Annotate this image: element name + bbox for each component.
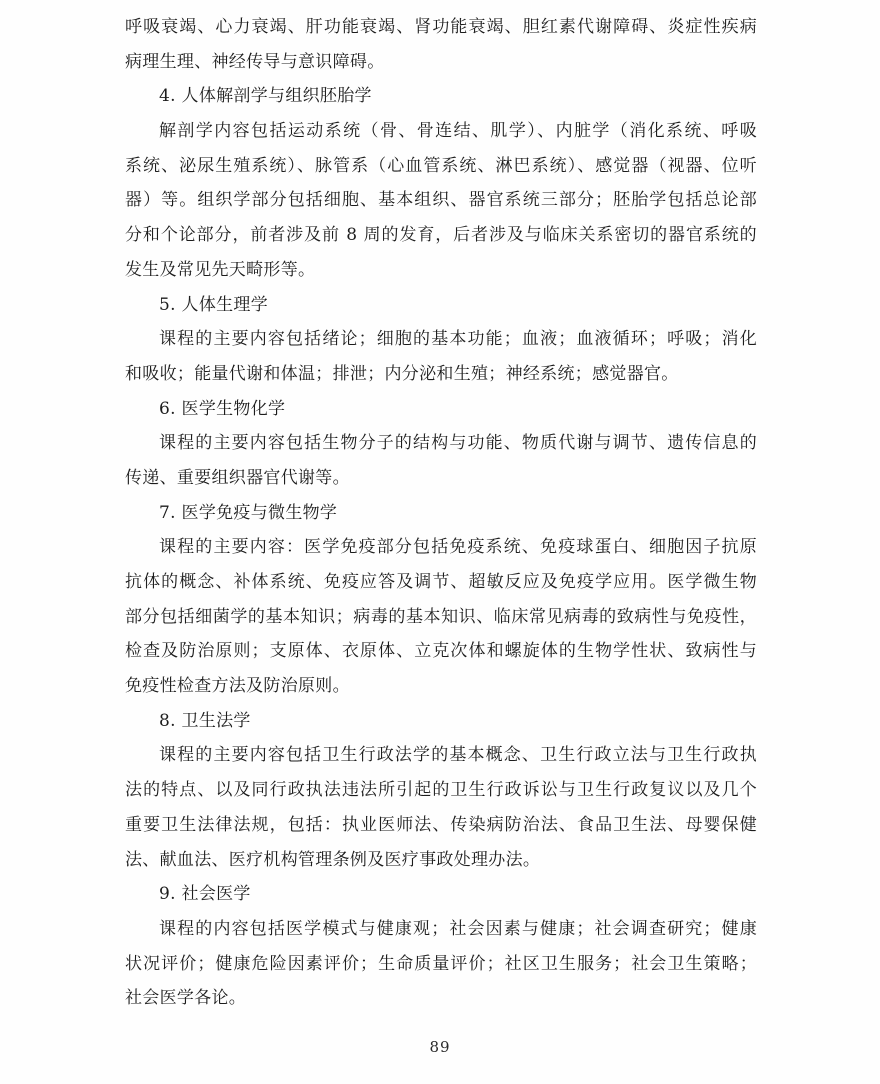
text-line: 6. 医学生物化学 xyxy=(125,392,757,427)
text-line: 分和个论部分，前者涉及前 8 周的发育，后者涉及与临床关系密切的器官系统的 xyxy=(125,218,757,253)
text-line: 呼吸衰竭、心力衰竭、肝功能衰竭、肾功能衰竭、胆红素代谢障碍、炎症性疾病 xyxy=(125,10,757,45)
text-line: 7. 医学免疫与微生物学 xyxy=(125,496,757,531)
text-line: 课程的主要内容包括生物分子的结构与功能、物质代谢与调节、遗传信息的 xyxy=(125,426,757,461)
document-page: 呼吸衰竭、心力衰竭、肝功能衰竭、肾功能衰竭、胆红素代谢障碍、炎症性疾病病理生理、… xyxy=(0,0,880,1084)
text-line: 病理生理、神经传导与意识障碍。 xyxy=(125,45,757,80)
text-line: 课程的内容包括医学模式与健康观；社会因素与健康；社会调查研究；健康 xyxy=(125,912,757,947)
text-line: 抗体的概念、补体系统、免疫应答及调节、超敏反应及免疫学应用。医学微生物 xyxy=(125,565,757,600)
text-line: 免疫性检查方法及防治原则。 xyxy=(125,669,757,704)
text-line: 法、献血法、医疗机构管理条例及医疗事政处理办法。 xyxy=(125,843,757,878)
text-block: 呼吸衰竭、心力衰竭、肝功能衰竭、肾功能衰竭、胆红素代谢障碍、炎症性疾病病理生理、… xyxy=(125,10,757,1016)
text-line: 课程的主要内容包括卫生行政法学的基本概念、卫生行政立法与卫生行政执 xyxy=(125,738,757,773)
text-line: 发生及常见先天畸形等。 xyxy=(125,253,757,288)
text-line: 部分包括细菌学的基本知识；病毒的基本知识、临床常见病毒的致病性与免疫性， xyxy=(125,600,757,635)
text-line: 社会医学各论。 xyxy=(125,981,757,1016)
text-line: 重要卫生法律法规，包括：执业医师法、传染病防治法、食品卫生法、母婴保健 xyxy=(125,808,757,843)
text-line: 8. 卫生法学 xyxy=(125,704,757,739)
text-line: 系统、泌尿生殖系统）、脉管系（心血管系统、淋巴系统）、感觉器（视器、位听 xyxy=(125,149,757,184)
text-line: 器）等。组织学部分包括细胞、基本组织、器官系统三部分；胚胎学包括总论部 xyxy=(125,183,757,218)
text-line: 和吸收；能量代谢和体温；排泄；内分泌和生殖；神经系统；感觉器官。 xyxy=(125,357,757,392)
text-line: 传递、重要组织器官代谢等。 xyxy=(125,461,757,496)
text-line: 状况评价；健康危险因素评价；生命质量评价；社区卫生服务；社会卫生策略； xyxy=(125,947,757,982)
text-line: 法的特点、以及同行政执法违法所引起的卫生行政诉讼与卫生行政复议以及几个 xyxy=(125,773,757,808)
text-line: 4. 人体解剖学与组织胚胎学 xyxy=(125,79,757,114)
text-line: 课程的主要内容：医学免疫部分包括免疫系统、免疫球蛋白、细胞因子抗原 xyxy=(125,530,757,565)
text-line: 课程的主要内容包括绪论；细胞的基本功能；血液；血液循环；呼吸；消化 xyxy=(125,322,757,357)
text-line: 解剖学内容包括运动系统（骨、骨连结、肌学）、内脏学（消化系统、呼吸 xyxy=(125,114,757,149)
text-line: 9. 社会医学 xyxy=(125,877,757,912)
text-line: 检查及防治原则；支原体、衣原体、立克次体和螺旋体的生物学性状、致病性与 xyxy=(125,634,757,669)
page-number: 89 xyxy=(0,1038,880,1056)
text-line: 5. 人体生理学 xyxy=(125,288,757,323)
